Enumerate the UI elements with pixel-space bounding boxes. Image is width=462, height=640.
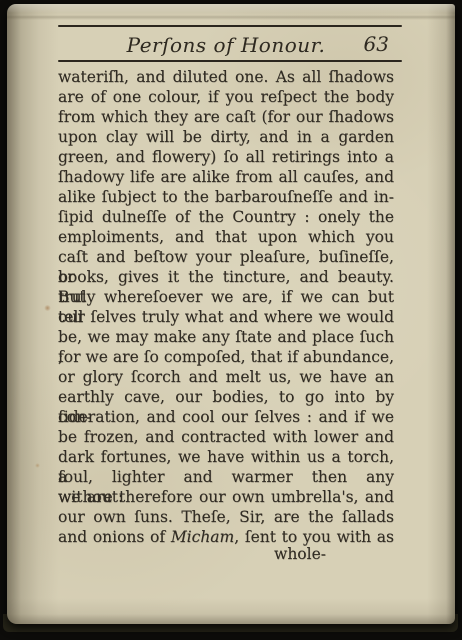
body-text: wateriſh, and diluted one. As all ſhadow… (58, 67, 394, 564)
book-page-scan: Perſons of Honour. 63 wateriſh, and dilu… (0, 0, 462, 640)
text-line: upon clay will be dirty, and in a garden (58, 127, 394, 147)
text-line: wateriſh, and diluted one. As all ſhadow… (58, 67, 394, 87)
text-line: caſt and beſtow your pleaſure, buſineſſe… (58, 247, 394, 267)
text-line: ſoul, lighter and warmer then any withou… (58, 467, 394, 487)
catchword-line: whole- (58, 544, 394, 564)
text-line: ſhadowy life are alike from all cauſes, … (58, 167, 394, 187)
page-paper: Perſons of Honour. 63 wateriſh, and dilu… (7, 4, 455, 624)
text-line: our own ſuns. Theſe, Sir, are the ſallad… (58, 507, 394, 527)
text-segment: and onions of (58, 528, 171, 546)
text-line: truly whereſoever we are, if we can but … (58, 287, 394, 307)
running-title: Perſons of Honour. (58, 33, 394, 57)
text-line: ſideration, and cool our ſelves : and if… (58, 407, 394, 427)
text-line: books, gives it the tincture, and beauty… (58, 267, 394, 287)
text-line: green, and flowery) ſo all retirings int… (58, 147, 394, 167)
text-line: and onions of Micham, ſent to you with a… (58, 527, 394, 547)
header-rule-bottom (58, 60, 402, 62)
text-line: emploiments, and that upon which you (58, 227, 394, 247)
page-number: 63 (353, 32, 389, 56)
catchword: whole- (274, 545, 326, 563)
italic-place-name: Micham (171, 528, 234, 546)
text-line: ſipid dulneſſe of the Country : onely th… (58, 207, 394, 227)
header-rule-top (58, 25, 402, 27)
text-line: are of one colour, if you reſpect the bo… (58, 87, 394, 107)
text-line: or glory ſcorch and melt us, we have an (58, 367, 394, 387)
foxing-spot (35, 463, 40, 468)
foxing-spot (44, 305, 51, 311)
text-line: we are therefore our own umbrella's, and (58, 487, 394, 507)
text-line: be frozen, and contracted with lower and (58, 427, 394, 447)
text-line: be, we may make any ſtate and place ſuch… (58, 327, 394, 347)
text-line: our ſelves truly what and where we would (58, 307, 394, 327)
text-line: for we are ſo compoſed, that if abundanc… (58, 347, 394, 367)
text-line: earthly cave, our bodies, to go into by … (58, 387, 394, 407)
text-line: from which they are caſt (for our ſhadow… (58, 107, 394, 127)
text-line: dark fortunes, we have within us a torch… (58, 447, 394, 467)
text-line: alike ſubject to the barbarouſneſſe and … (58, 187, 394, 207)
